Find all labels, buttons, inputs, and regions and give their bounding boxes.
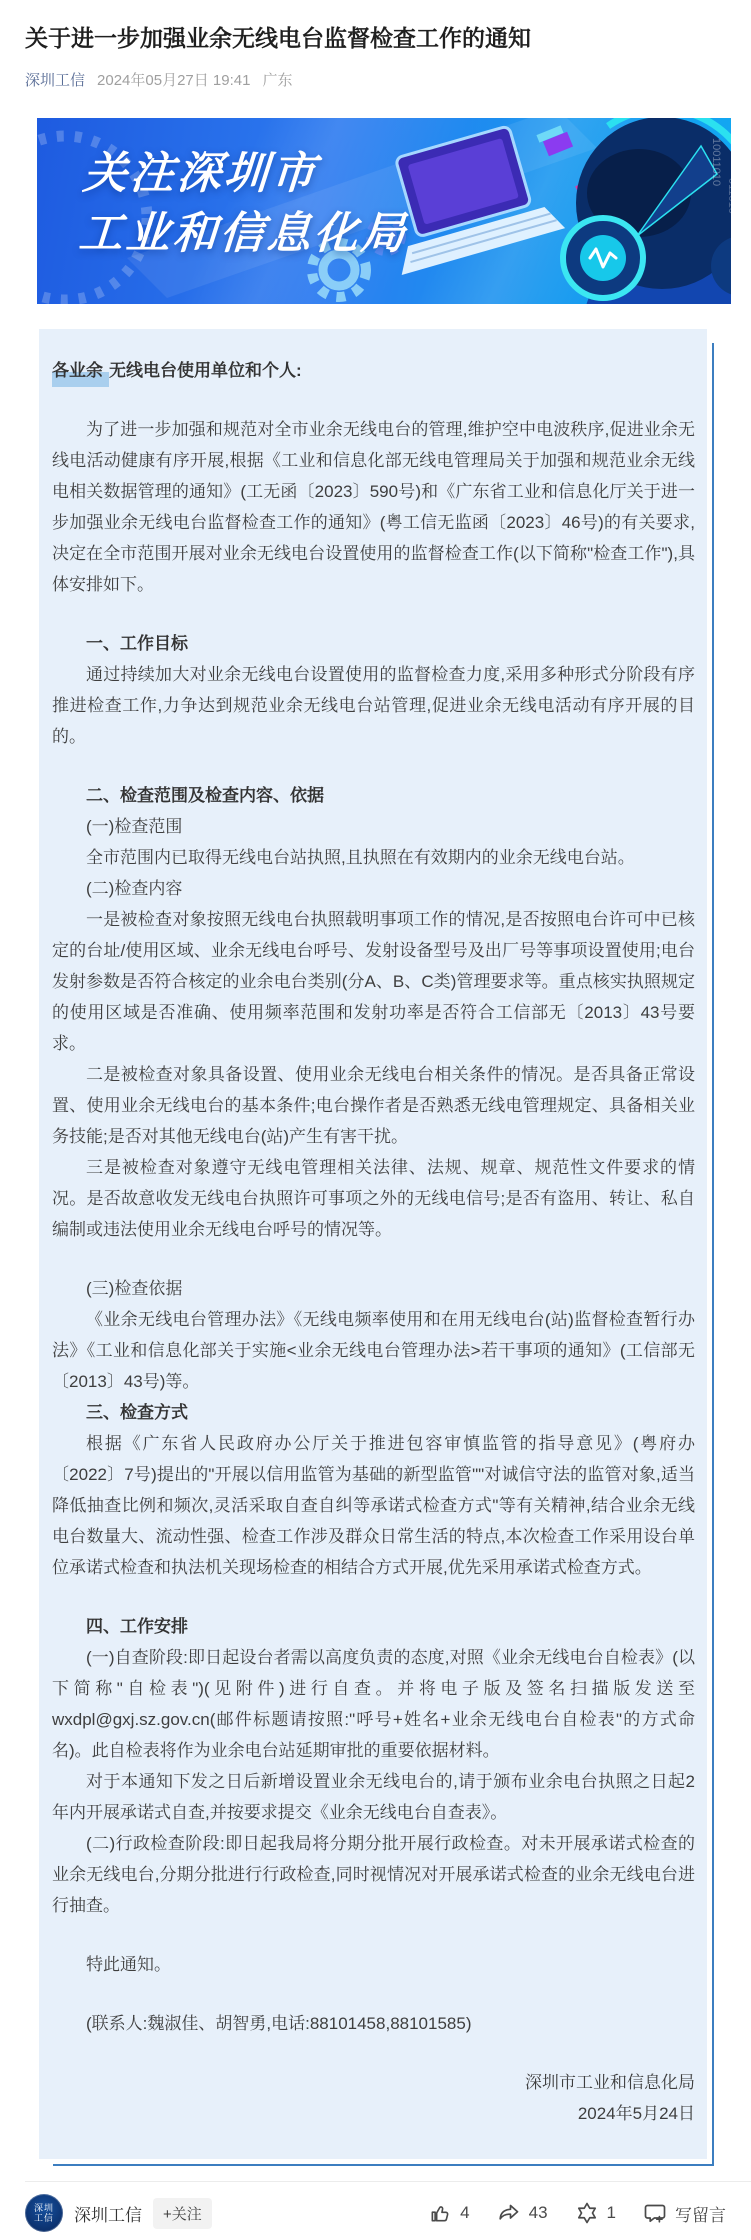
publish-date: 2024年05月27日 19:41: [97, 69, 250, 90]
account-avatar[interactable]: 深圳 工信: [25, 2194, 63, 2232]
notice-paragraph: 二是被检查对象具备设置、使用业余无线电台相关条件的情况。是否具备正常设置、使用业…: [52, 1059, 695, 1152]
notice-paragraph: (一)自查阶段:即日起设台者需以高度负责的态度,对照《业余无线电台自检表》(以下…: [52, 1642, 695, 1766]
article-page: 关于进一步加强业余无线电台监督检查工作的通知 深圳工信 2024年05月27日 …: [0, 0, 751, 2232]
notice-paragraph: 根据《广东省人民政府办公厅关于推进包容审慎监管的指导意见》(粤府办〔2022〕7…: [52, 1428, 695, 1583]
notice-paragraph: (二)行政检查阶段:即日起我局将分期分批开展行政检查。对未开展承诺式检查的业余无…: [52, 1828, 695, 1921]
section-heading: 四、工作安排: [52, 1611, 695, 1642]
signature-line: 深圳市工业和信息化局: [52, 2067, 695, 2098]
share-button[interactable]: 43: [497, 2201, 548, 2225]
banner-image: 10011010 011010 关注深圳市 工业和信息化局: [37, 118, 731, 304]
comment-button[interactable]: 写留言: [643, 2201, 726, 2226]
avatar-text-line1: 深圳: [34, 2203, 54, 2213]
follow-button[interactable]: +关注: [153, 2198, 212, 2229]
share-arrow-icon: [497, 2201, 521, 2225]
like-count: 4: [460, 2203, 469, 2223]
notice-paragraph: 为了进一步加强和规范对全市业余无线电台的管理,维护空中电波秩序,促进业余无线电活…: [52, 414, 695, 600]
banner-title-line1: 关注深圳市: [82, 152, 414, 196]
section-heading: 一、工作目标: [52, 628, 695, 659]
section-heading: 二、检查范围及检查内容、依据: [52, 780, 695, 811]
share-count: 43: [529, 2203, 548, 2223]
notice-paragraph: 全市范围内已取得无线电台站执照,且执照在有效期内的业余无线电台站。: [52, 842, 695, 873]
thumbs-up-icon: [429, 2202, 452, 2225]
notice-paragraph: 特此通知。: [52, 1949, 695, 1980]
account-link[interactable]: 深圳工信: [25, 69, 85, 90]
notice-paragraph: 一是被检查对象按照无线电台执照载明事项工作的情况,是否按照电台许可中已核定的台址…: [52, 904, 695, 1059]
svg-text:10011010: 10011010: [710, 138, 722, 186]
like-button[interactable]: 4: [429, 2202, 469, 2225]
footer-bar: 深圳 工信 深圳工信 +关注 4 43: [0, 2182, 751, 2232]
publish-location: 广东: [262, 69, 292, 90]
notice-salutation: 各业余无线电台使用单位和个人:: [52, 355, 695, 386]
notice-paragraph: 三是被检查对象遵守无线电管理相关法律、法规、规章、规范性文件要求的情况。是否故意…: [52, 1152, 695, 1245]
banner-title-line2: 工业和信息化局: [77, 212, 409, 256]
section-heading: 三、检查方式: [52, 1397, 695, 1428]
svg-text:011010: 011010: [726, 178, 731, 214]
wow-star-icon: [575, 2201, 599, 2225]
notice-box: 各业余无线电台使用单位和个人: 为了进一步加强和规范对全市业余无线电台的管理,维…: [39, 329, 707, 2159]
comment-label: 写留言: [675, 2201, 726, 2226]
signature-line: 2024年5月24日: [52, 2098, 695, 2129]
banner-title: 关注深圳市 工业和信息化局: [77, 152, 413, 256]
byline: 深圳工信 2024年05月27日 19:41 广东: [25, 69, 726, 90]
footer-account-name[interactable]: 深圳工信: [74, 2201, 142, 2226]
comment-bubble-icon: [643, 2201, 667, 2225]
notice-paragraph: (三)检查依据: [52, 1273, 695, 1304]
notice-paragraph: (一)检查范围: [52, 811, 695, 842]
salutation-highlight: 各业余: [52, 361, 109, 387]
salutation-rest: 无线电台使用单位和个人:: [109, 361, 302, 380]
notice-paragraph: (联系人:魏淑佳、胡智勇,电话:88101458,88101585): [52, 2008, 695, 2039]
avatar-text-line2: 工信: [34, 2213, 54, 2223]
notice-paragraph: 通过持续加大对业余无线电台设置使用的监督检查力度,采用多种形式分阶段有序推进检查…: [52, 659, 695, 752]
notice-paragraph: 《业余无线电台管理办法》《无线电频率使用和在用无线电台(站)监督检查暂行办法》《…: [52, 1304, 695, 1397]
notice-paragraph: (二)检查内容: [52, 873, 695, 904]
page-title: 关于进一步加强业余无线电台监督检查工作的通知: [25, 22, 726, 55]
wow-button[interactable]: 1: [575, 2201, 616, 2225]
notice-body: 为了进一步加强和规范对全市业余无线电台的管理,维护空中电波秩序,促进业余无线电活…: [52, 414, 695, 2129]
wow-count: 1: [607, 2203, 616, 2223]
notice-paragraph: 对于本通知下发之日后新增设置业余无线电台的,请于颁布业余电台执照之日起2年内开展…: [52, 1766, 695, 1828]
